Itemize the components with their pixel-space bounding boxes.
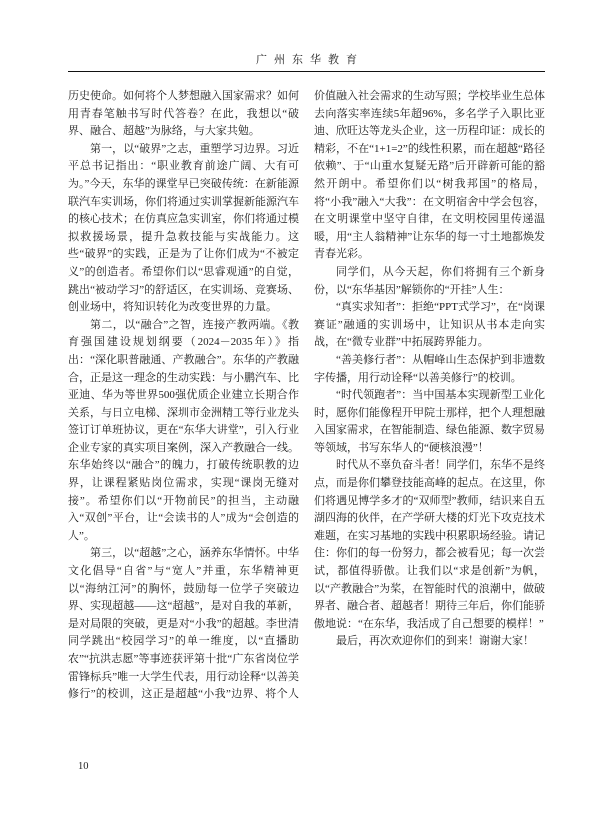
body-paragraph: “善美修行者”：从帽峰山生态保护到非遗数字传播，用行动诠释“以善美修行”的校训。 <box>314 352 545 387</box>
document-page: 广州东华教育 历史使命。如何将个人梦想融入国家需求？如何用青春笔触书写时代答卷？… <box>0 0 612 839</box>
document-body: 历史使命。如何将个人梦想融入国家需求？如何用青春笔触书写时代答卷？在此，我想以“… <box>68 88 545 706</box>
body-paragraph: “真实求知者”：拒绝“PPT式学习”，在“岗课赛证”融通的实训场中，让知识从书本… <box>314 299 545 352</box>
body-paragraph: 历史使命。如何将个人梦想融入国家需求？如何用青春笔触书写时代答卷？在此，我想以“… <box>68 88 299 141</box>
page-header: 广州东华教育 <box>68 50 545 68</box>
body-paragraph: 最后，再次欢迎你们的到来！谢谢大家！ <box>314 633 545 651</box>
body-paragraph: 第一，以“破界”之志，重塑学习边界。习近平总书记指出：“职业教育前途广阔、大有可… <box>68 141 299 317</box>
body-paragraph: 同学们，从今天起，你们将拥有三个新身份，以“东华基因”解锁你的“开挂”人生： <box>314 264 545 299</box>
body-paragraph: 时代从不辜负奋斗者！同学们，东华不是终点，而是你们攀登技能高峰的起点。在这里，你… <box>314 457 545 633</box>
header-rule <box>68 71 545 72</box>
page-number: 10 <box>78 761 89 772</box>
body-paragraph: 第二，以“融合”之智，连接产教两端。《教育强国建设规划纲要（2024－2035年… <box>68 317 299 546</box>
body-paragraph: “时代领跑者”：当中国基本实现新型工业化时，愿你们能像程开甲院士那样，把个人理想… <box>314 387 545 457</box>
header-title: 广州东华教育 <box>249 51 364 67</box>
